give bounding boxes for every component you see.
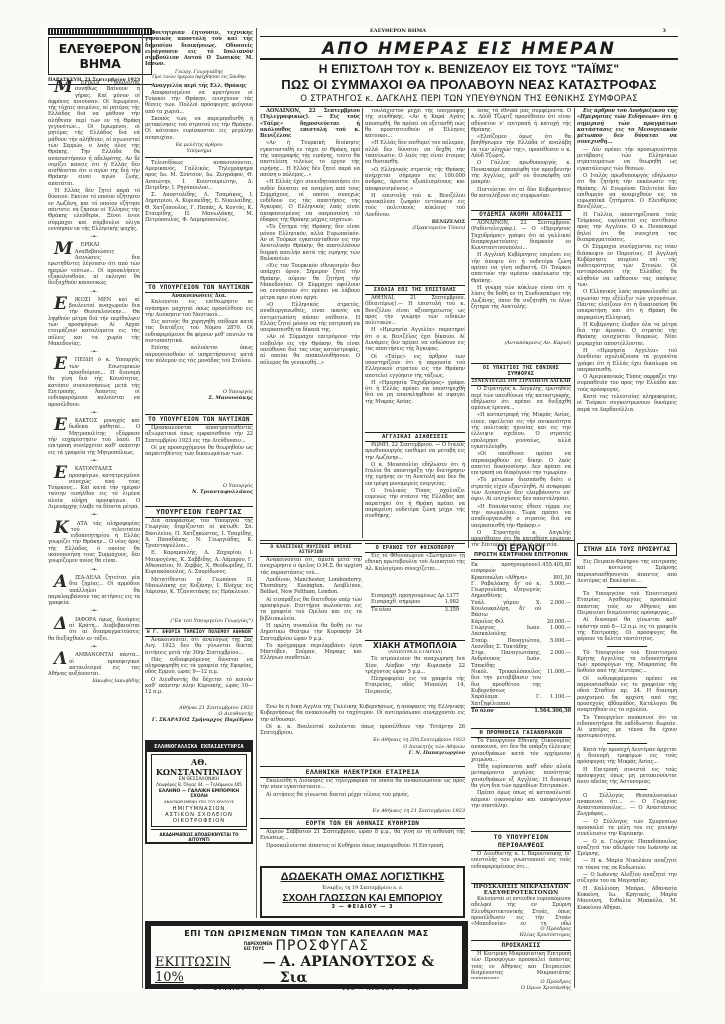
section-title: ΣΤΗΛΗ ΔΙΑ ΤΟΥΣ ΠΡΟΣΦΥΓΑΣ — [577, 543, 677, 556]
headline-tertiary: Ο ΣΤΡΑΤΗΓΟΣ κ. ΔΑΓΚΛΗΣ ΠΕΡΙ ΤΩΝ ΥΠΕΥΘΥΝΩ… — [260, 94, 678, 107]
section-italy: ΑΓΓΛΙΚΑΙ ΔΙΑΘΕΣΕΙΣ ΡΩΜΗ, 22 Σεπτεμβρίου.… — [365, 432, 465, 542]
section-celebration: ΕΟΡΤΗ ΤΩΝ ΕΝ ΑΘΗΝΑΙΣ ΚΥΘΗΡΙΩΝ Αύριον Σάβ… — [260, 818, 465, 863]
section-agriculture: ΥΠΟΥΡΓΕΙΟΝ ΓΕΩΡΓΙΑΣ Διά αποφάσεως τού Υπ… — [145, 506, 253, 626]
fund-table: Εισπραχθ. προηγουμένως Δρ.1377 Εισπραχθ.… — [365, 593, 465, 613]
venizelos-letter-cont: τουλάχιστον μέχρι τής υπογραφής τής συνθ… — [365, 108, 465, 283]
advertisement-accounting: ΔΩΔΕΚΑΤΗ ΟΜΑΣ ΛΟΓΙΣΤΙΚΗΣ Έναρξις τη 19 Σ… — [260, 866, 465, 918]
section-title: Ο ΕΡΑΝΟΣ ΤΟΥ ΦΘΙΝΟΠΩΡΟΥ — [365, 543, 465, 553]
section-title: ΕΛΛΗΝΙΚΗ ΗΛΕΚΤΡΙΚΗ ΕΤΑΙΡΕΙΑ — [260, 766, 465, 778]
section-title: ΕΟΡΤΗ ΤΩΝ ΕΝ ΑΘΗΝΑΙΣ ΚΥΘΗΡΙΩΝ — [260, 818, 465, 829]
column-divider — [574, 108, 575, 988]
section-title: Η ΠΡΟΜΗΘΕΙΑ ΓΑΙΑΝΘΡΑΚΩΝ — [471, 728, 571, 738]
fund-row: Το όλον3.359 — [371, 606, 459, 613]
column-divider — [142, 28, 143, 988]
section-tax-office: Η Γ. ΕΦΟΡΙΑ ΤΑΜΕΙΟΥ ΠΟΛΕΜΟΥ ΑΘΗΝΩΝ Ανακο… — [145, 628, 253, 738]
venizelos-letter: ΛΟΝΔΙΝΟΝ, 22 Σεπτεμβρίου (Τηλεγραφικώς).… — [260, 108, 360, 508]
masthead: ΕΛΕΥΘΕΡΟΝ ΒΗΜΑ ΠΑΡΑΣΚΕΥΗ, 21 Σεπτεμβρίου… — [48, 28, 152, 78]
section-comments: ΣΧΟΛΙΑ ΕΠΙ ΤΗΣ ΕΠΙΣΤΟΛΗΣ ΑΘΗΝΑΙ, 21 Σεπτ… — [365, 285, 465, 430]
ad-company: Α. ΑΡΙΑΝΟΥΤΣΟΣ & Σια — [280, 954, 458, 986]
section-masons: ΠΡΟΣΚΛΗΣΙΣ ΜΙΚΡΑΣΙΑΤΩΝ ΕΛΕΥΘΕΡΟΤΕΚΤΟΝΩΝ … — [471, 883, 571, 938]
donation-row: Γ. Ραβαλάκης δι' ού κ. Γεωργουλάκη, εξαγ… — [471, 581, 571, 600]
donation-row: Υπάλ. γάμου Χ. Κουλουκαλέρη, δι' ού Βάσι… — [471, 600, 571, 619]
advertisement-hats: ΕΠΙ ΤΩΝ ΩΡΙΣΜΕΝΩΝ ΤΙΜΩΝ ΤΩΝ ΚΑΠΕΛΛΩΝ ΜΑΣ… — [145, 921, 468, 989]
column-5-top: Εις άρθρον τού Λονδρεζικού τής «Ημερησία… — [577, 108, 677, 533]
headline-primary: Η ΕΠΙΣΤΟΛΗ ΤΟΥ κ. ΒΕΝΙΖΕΛΟΥ ΕΙΣ ΤΟΥΣ "ΤΑ… — [260, 62, 678, 76]
column-divider — [468, 108, 469, 548]
column-4-top: ύσας τά εθνικά μας συμφέροντα. Ο κ. Λόϋδ… — [471, 108, 571, 208]
section-title: ΟΥΔΕΜΙΑ ΑΚΟΜΗ ΑΠΟΦΑΣΙΣ — [471, 210, 571, 220]
horizontal-rule — [260, 540, 574, 541]
section-welfare: ΤΟ ΥΠΟΥΡΓΕΙΟΝ ΠΕΡΙΘΑΛΨΕΩΣ Ο Διευθυντής κ… — [471, 831, 571, 881]
section-title: ΣΧΟΛΙΑ ΕΠΙ ΤΗΣ ΕΠΙΣΤΟΛΗΣ — [365, 285, 465, 295]
section-banner: ΑΠΟ ΗΜΕΡΑΣ ΕΙΣ ΗΜΕΡΑΝ — [260, 38, 678, 60]
column-divider — [256, 28, 257, 918]
donation-row: Στυρ. Παναγιωτάκης, Ανδρόνικος Ιωάν. Τσα… — [471, 650, 571, 669]
section-donations: ΟΙ ΕΡΑΝΟΙ ΠΡΟΣΤΗ ΚΕΝΤΡΙΚΗΝ ΕΠΙΤΡΟΠΗΝ Εκ … — [471, 543, 571, 723]
section-title: Ο ΚΛΑΣΣΙΚΟΣ ΜΟΥΣΙΚΟΣ ΟΜΙΛΟΣ ΑΣΤΕΡΙΩΝ — [260, 543, 362, 557]
section-title: ΑΓΓΛΙΚΑΙ ΔΙΑΘΕΣΕΙΣ — [365, 432, 465, 442]
donation-row: Χαράλαμπ. Γ. Χατζηφίλιππου1.100.— — [471, 694, 571, 707]
section-coal-supply: Η ΠΡΟΜΗΘΕΙΑ ΓΑΙΑΝΘΡΑΚΩΝ Τό Υπουργείον Εθ… — [471, 728, 571, 828]
section-title: ΠΡΟΣΚΛΗΣΙΣ ΜΙΚΡΑΣΙΑΤΩΝ ΕΛΕΥΘΕΡΟΤΕΚΤΟΝΩΝ — [471, 883, 571, 896]
section-title: ΤΟ ΥΠΟΥΡΓΕΙΟΝ ΤΩΝ ΝΑΥΤΙΚΩΝ — [145, 414, 253, 425]
donation-total: Το όλον1.564.306,30 — [471, 707, 571, 714]
col3-notice: Ενώ δε ή δική Αγγλία τής Γαλλικής Κυβερν… — [260, 704, 465, 764]
section-title: Η Γ. ΕΦΟΡΙΑ ΤΑΜΕΙΟΥ ΠΟΛΕΜΟΥ ΑΘΗΝΩΝ — [145, 628, 253, 637]
section-title: ΠΡΟΣΚΛΗΣΙΣ — [471, 940, 571, 951]
ad-discount: ΕΚΠΤΩΣΙΝ 10% — [155, 955, 259, 985]
column-2-top: Φοιτητρίαν ζητούσιν, τεχνικής γυναικός α… — [145, 30, 253, 280]
section-title: ΤΟ ΥΠΟΥΡΓΕΙΟΝ ΤΩΝ ΝΑΥΤΙΚΩΝ — [145, 282, 253, 293]
section-title: ΟΙ ΥΠΑΙΤΙΟΙ ΤΗΣ ΕΘΝΙΚΗΣ ΣΥΜΦΟΡΑΣ — [471, 363, 571, 379]
masthead-ornament — [48, 28, 152, 35]
section-no-decision: ΟΥΔΕΜΙΑ ΑΚΟΜΗ ΑΠΟΦΑΣΙΣ ΛΟΝΔΙΝΟΝ, 22 Σεπτ… — [471, 210, 571, 360]
section-naval: ΤΟ ΥΠΟΥΡΓΕΙΟΝ ΤΩΝ ΝΑΥΤΙΚΩΝ Ανακοινώσεις … — [145, 282, 253, 412]
left-column: ΜΕΡΙΚΟΙ βουλευταί συνήθως Βαίνουν ή γήρα… — [48, 80, 140, 985]
section-invitation: ΠΡΟΣΚΛΗΣΙΣ Η Κεντρική Μικρασιατική Επιτρ… — [471, 940, 571, 988]
section-title: ΤΟ ΥΠΟΥΡΓΕΙΟΝ ΠΕΡΙΘΑΛΨΕΩΣ — [471, 831, 571, 851]
headline-secondary: ΠΩΣ ΟΙ ΣΥΜΜΑΧΟΙ ΘΑ ΠΡΟΛΑΒΟΥΝ ΝΕΑΣ ΚΑΤΑΣΤ… — [260, 77, 678, 92]
advertisement-school: ΕΛΛΗΝΟΓΑΛΛΙΚΑ ΕΚΠΑΙΔΕΥΤΗΡΙΑ ΑΘ. ΚΩΝΣΤΑΝΤ… — [145, 740, 253, 844]
donations-table: Εκ προηγουμένου εισφορών1.455.405,80 Κρα… — [471, 562, 571, 722]
column-divider — [362, 108, 363, 538]
page-number: 3 — [663, 28, 666, 36]
donation-row: Εκ προηγουμένου εισφορών1.455.405,80 — [471, 562, 571, 575]
ad-banner: ΕΛΛΗΝΟΓΑΛΛΙΚΑ ΕΚΠΑΙΔΕΥΤΗΡΙΑ — [147, 742, 251, 752]
masthead-title: ΕΛΕΥΘΕΡΟΝ ΒΗΜΑ — [48, 37, 152, 75]
donation-row: Νικόλ. Τρικκαλόπουλος δια την μεταβίβασι… — [471, 669, 571, 694]
section-music: Ο ΚΛΑΣΣΙΚΟΣ ΜΟΥΣΙΚΟΣ ΟΜΙΛΟΣ ΑΣΤΕΡΙΩΝ Ανα… — [260, 543, 362, 703]
donation-row: Γεώργιος Ιωαν. Δασκαλούλης1.000.— — [471, 625, 571, 638]
donation-row: Σταύρ. Παναγιώτου, Λεονίδας Σ. Τακτάδης5… — [471, 638, 571, 651]
section-refugees: ΣΤΗΛΗ ΔΙΑ ΤΟΥΣ ΠΡΟΣΦΥΓΑΣ Εις Πειραιά-Φαλ… — [577, 543, 677, 988]
section-electric: ΕΛΛΗΝΙΚΗ ΗΛΕΚΤΡΙΚΗ ΕΤΑΙΡΕΙΑ Εκαλεσθη ή Δ… — [260, 766, 465, 816]
banner-title: ΑΠΟ ΗΜΕΡΑΣ ΕΙΣ ΗΜΕΡΑΝ — [260, 38, 678, 60]
section-title: ΥΠΟΥΡΓΕΙΟΝ ΓΕΩΡΓΙΑΣ — [145, 506, 253, 518]
running-head: ΕΛΕΥΘΕΡΟΝ ΒΗΜΑ 3 — [260, 28, 678, 37]
fund-row: Εισπραχθ. σήμερον1.982 — [371, 599, 459, 605]
section-fund: Ο ΕΡΑΝΟΣ ΤΟΥ ΦΘΙΝΟΠΩΡΟΥ Εις τό Φθινοπωρι… — [365, 543, 465, 638]
section-title: ΟΙ ΕΡΑΝΟΙ — [471, 543, 571, 553]
section-naval-2: ΤΟ ΥΠΟΥΡΓΕΙΟΝ ΤΩΝ ΝΑΥΤΙΚΩΝ Προσκαλούνται… — [145, 414, 253, 502]
newspaper-page: ΕΛΕΥΘΕΡΟΝ ΒΗΜΑ ΠΑΡΑΣΚΕΥΗ, 21 Σεπτεμβρίου… — [44, 28, 680, 990]
section-shipping: ΧΙΑΚΗ ΑΤΜΟΠΛΟΙΑ (ΑΝΩΝΥΜΟΣ ΕΤΑΙΡΕΙΑ) Τό α… — [365, 640, 465, 700]
section-title: ΧΙΑΚΗ ΑΤΜΟΠΛΟΙΑ — [365, 640, 465, 650]
section-responsibles: ΟΙ ΥΠΑΙΤΙΟΙ ΤΗΣ ΕΘΝΙΚΗΣ ΣΥΜΦΟΡΑΣ ΣΥΝΕΝΤΕ… — [471, 363, 571, 543]
